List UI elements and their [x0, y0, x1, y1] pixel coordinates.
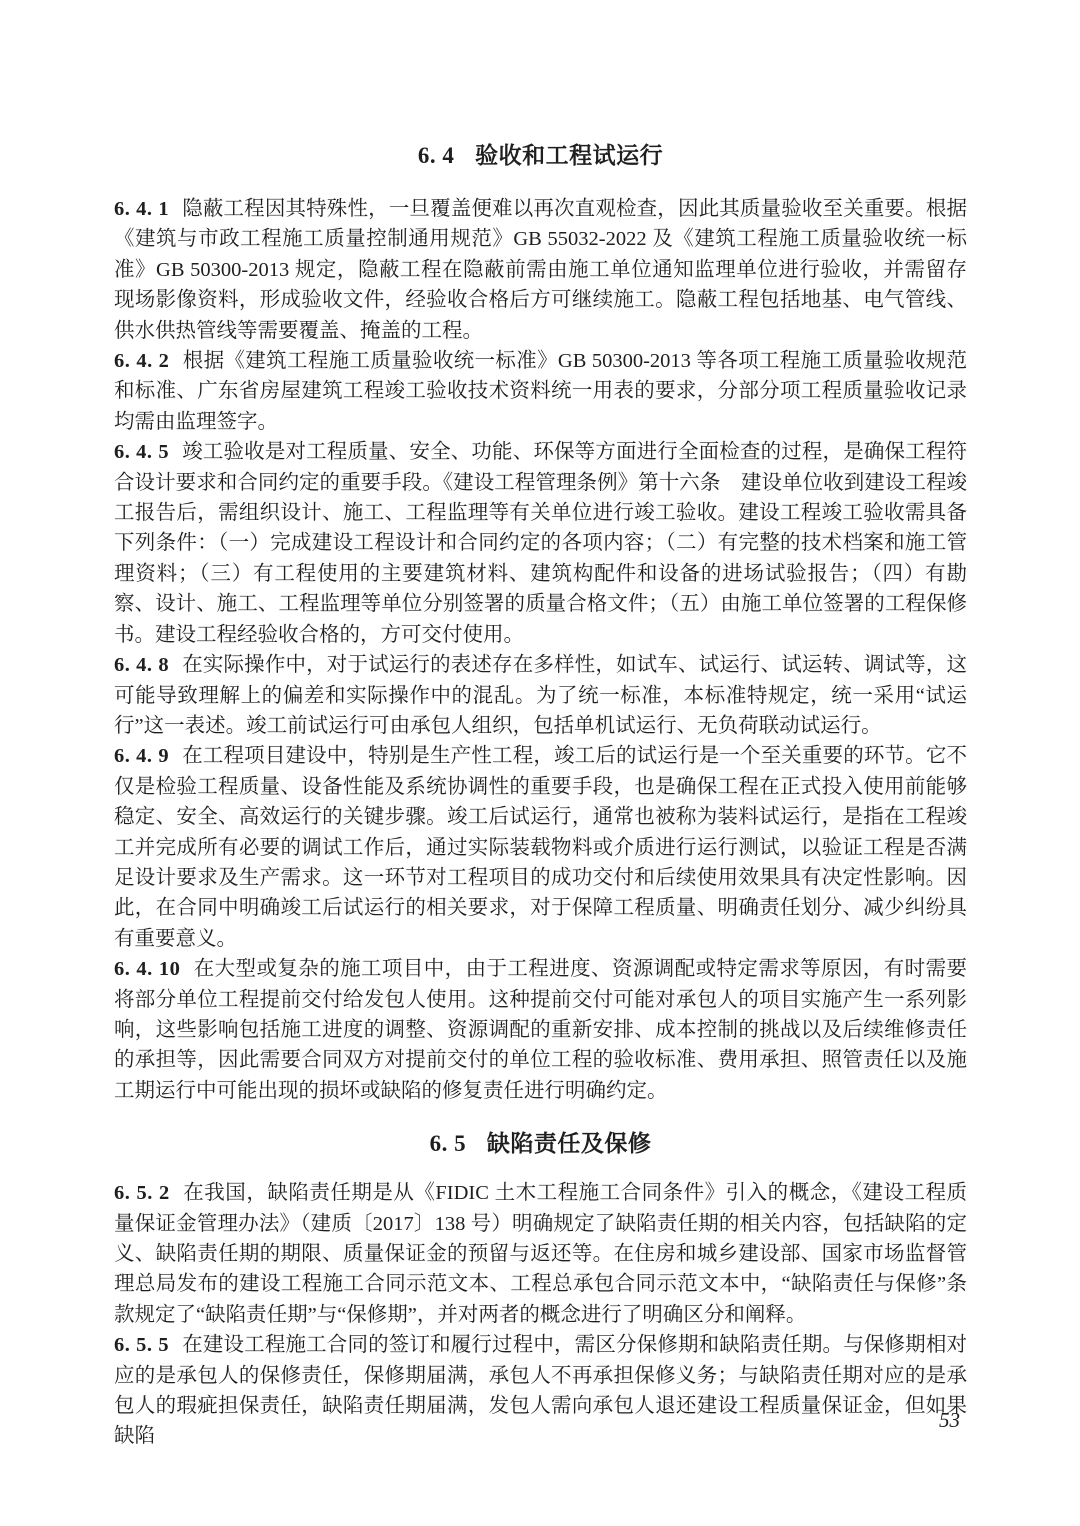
- clause-6-4-2-paragraph: 6. 4. 2根据《建筑工程施工质量验收统一标准》GB 50300-2013 等…: [114, 346, 967, 437]
- clause-text: 在大型或复杂的施工项目中，由于工程进度、资源调配或特定需求等原因，有时需要将部分…: [114, 958, 967, 1102]
- clause-number: 6. 4. 5: [114, 441, 169, 463]
- page-content: 6. 4验收和工程试运行 6. 4. 1隐蔽工程因其特殊性，一旦覆盖便难以再次直…: [114, 142, 967, 1452]
- clause-6-4-9-paragraph: 6. 4. 9在工程项目建设中，特别是生产性工程，竣工后的试运行是一个至关重要的…: [114, 741, 967, 954]
- clause-6-5-2-paragraph: 6. 5. 2在我国，缺陷责任期是从《FIDIC 土木工程施工合同条件》引入的概…: [114, 1178, 967, 1330]
- clause-6-4-5-paragraph: 6. 4. 5竣工验收是对工程质量、安全、功能、环保等方面进行全面检查的过程，是…: [114, 437, 967, 650]
- clause-number: 6. 4. 10: [114, 958, 180, 980]
- clause-text: 根据《建筑工程施工质量验收统一标准》GB 50300-2013 等各项工程施工质…: [114, 350, 967, 433]
- clause-6-4-1-paragraph: 6. 4. 1隐蔽工程因其特殊性，一旦覆盖便难以再次直观检查，因此其质量验收至关…: [114, 194, 967, 346]
- clause-number: 6. 4. 8: [114, 654, 169, 676]
- clause-6-4-10-paragraph: 6. 4. 10在大型或复杂的施工项目中，由于工程进度、资源调配或特定需求等原因…: [114, 954, 967, 1106]
- clause-text: 在实际操作中，对于试运行的表述存在多样性，如试车、试运行、试运转、调试等，这可能…: [114, 654, 967, 737]
- clause-number: 6. 5. 5: [114, 1334, 169, 1356]
- page-number: 53: [939, 1408, 960, 1433]
- clause-text: 在我国，缺陷责任期是从《FIDIC 土木工程施工合同条件》引入的概念，《建设工程…: [114, 1182, 967, 1326]
- clause-text: 竣工验收是对工程质量、安全、功能、环保等方面进行全面检查的过程，是确保工程符合设…: [114, 441, 967, 645]
- clause-number: 6. 4. 1: [114, 198, 169, 220]
- clause-number: 6. 4. 2: [114, 350, 169, 372]
- clause-text: 在建设工程施工合同的签订和履行过程中，需区分保修期和缺陷责任期。与保修期相对应的…: [114, 1334, 967, 1447]
- section-6-4-heading-title: 验收和工程试运行: [475, 143, 663, 168]
- clause-number: 6. 4. 9: [114, 745, 169, 767]
- clause-6-4-8-paragraph: 6. 4. 8在实际操作中，对于试运行的表述存在多样性，如试车、试运行、试运转、…: [114, 650, 967, 741]
- section-6-5-heading-number: 6. 5: [430, 1131, 467, 1156]
- clause-6-5-5-paragraph: 6. 5. 5在建设工程施工合同的签订和履行过程中，需区分保修期和缺陷责任期。与…: [114, 1330, 967, 1452]
- clause-number: 6. 5. 2: [114, 1182, 170, 1204]
- section-6-4-heading: 6. 4验收和工程试运行: [114, 142, 967, 170]
- clause-text: 在工程项目建设中，特别是生产性工程，竣工后的试运行是一个至关重要的环节。它不仅是…: [114, 745, 967, 949]
- section-6-5-heading-title: 缺陷责任及保修: [487, 1131, 652, 1156]
- section-6-5-heading: 6. 5缺陷责任及保修: [114, 1130, 967, 1158]
- document-page: 6. 4验收和工程试运行 6. 4. 1隐蔽工程因其特殊性，一旦覆盖便难以再次直…: [0, 0, 1080, 1526]
- clause-text: 隐蔽工程因其特殊性，一旦覆盖便难以再次直观检查，因此其质量验收至关重要。根据《建…: [114, 198, 967, 342]
- section-6-4-heading-number: 6. 4: [418, 143, 455, 168]
